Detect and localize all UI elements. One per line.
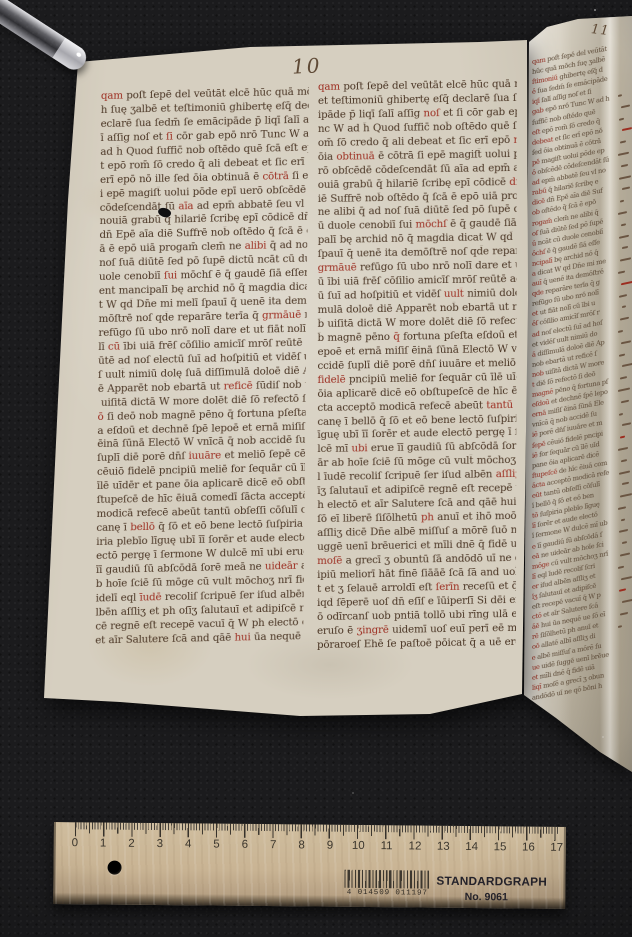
ruler-cm-label: 16 (522, 841, 535, 853)
ruler-model: No. 9061 (436, 891, 536, 904)
script-line: pōraroeſ Ehē ſe paſtoē pōicat q̄ a uē er… (317, 635, 516, 652)
text-column-left: qam poſt ſepē del veūtāt elcē hūc quā mō… (95, 86, 309, 649)
ruler-cm-label: 14 (465, 841, 478, 853)
ruler-cm-label: 1 (100, 837, 107, 849)
ruler-cm-label: 6 (242, 839, 249, 851)
photo-stage: 11 qam poſt ſepē del veūtāt hūc quā mōch… (0, 0, 632, 937)
ruler-brand: STANDARDGRAPH (436, 874, 536, 889)
manuscript-page: 10 qam poſt ſepē del veūtāt elcē hūc quā… (0, 0, 632, 937)
ruler-cm-label: 10 (352, 840, 365, 852)
barcode-bars (344, 870, 430, 889)
text-column-right: qam poſt ſepē del veūtāt elcē hūc quā mō… (317, 78, 517, 655)
ruler-brand-block: STANDARDGRAPH No. 9061 (436, 874, 536, 904)
ruler-cm-label: 13 (437, 841, 450, 853)
manuscript-page-wrap: 10 qam poſt ſepē del veūtāt elcē hūc quā… (0, 0, 632, 937)
ruler-cm-label: 0 (72, 837, 79, 849)
barcode: 4 014509 011197 (344, 870, 430, 898)
ruler-cm-label: 4 (185, 838, 192, 850)
dust-speck (594, 9, 596, 11)
ruler-cm-label: 5 (213, 839, 220, 851)
barcode-digits: 4 014509 011197 (344, 889, 430, 898)
ruler-hole (107, 861, 121, 875)
ruler-cm-label: 12 (409, 840, 422, 852)
dust-speck (602, 736, 604, 738)
script-line: et aīr Salutere ſcā and qāē hui ūa nequē… (95, 629, 303, 647)
ruler-cm-label: 9 (327, 840, 334, 852)
folio-number-left: 10 (291, 53, 322, 79)
ruler: 01234567891011121314151617 4 014509 0111… (53, 822, 566, 909)
ruler-cm-label: 15 (494, 841, 507, 853)
ruler-cm-label: 17 (550, 842, 563, 854)
pen-glint (76, 52, 82, 58)
ruler-cm-label: 3 (157, 838, 164, 850)
dust-speck (352, 792, 354, 794)
ruler-cm-label: 2 (128, 838, 135, 850)
ruler-cm-label: 8 (298, 839, 305, 851)
ruler-cm-label: 11 (381, 840, 393, 852)
ruler-cm-label: 7 (270, 839, 277, 851)
